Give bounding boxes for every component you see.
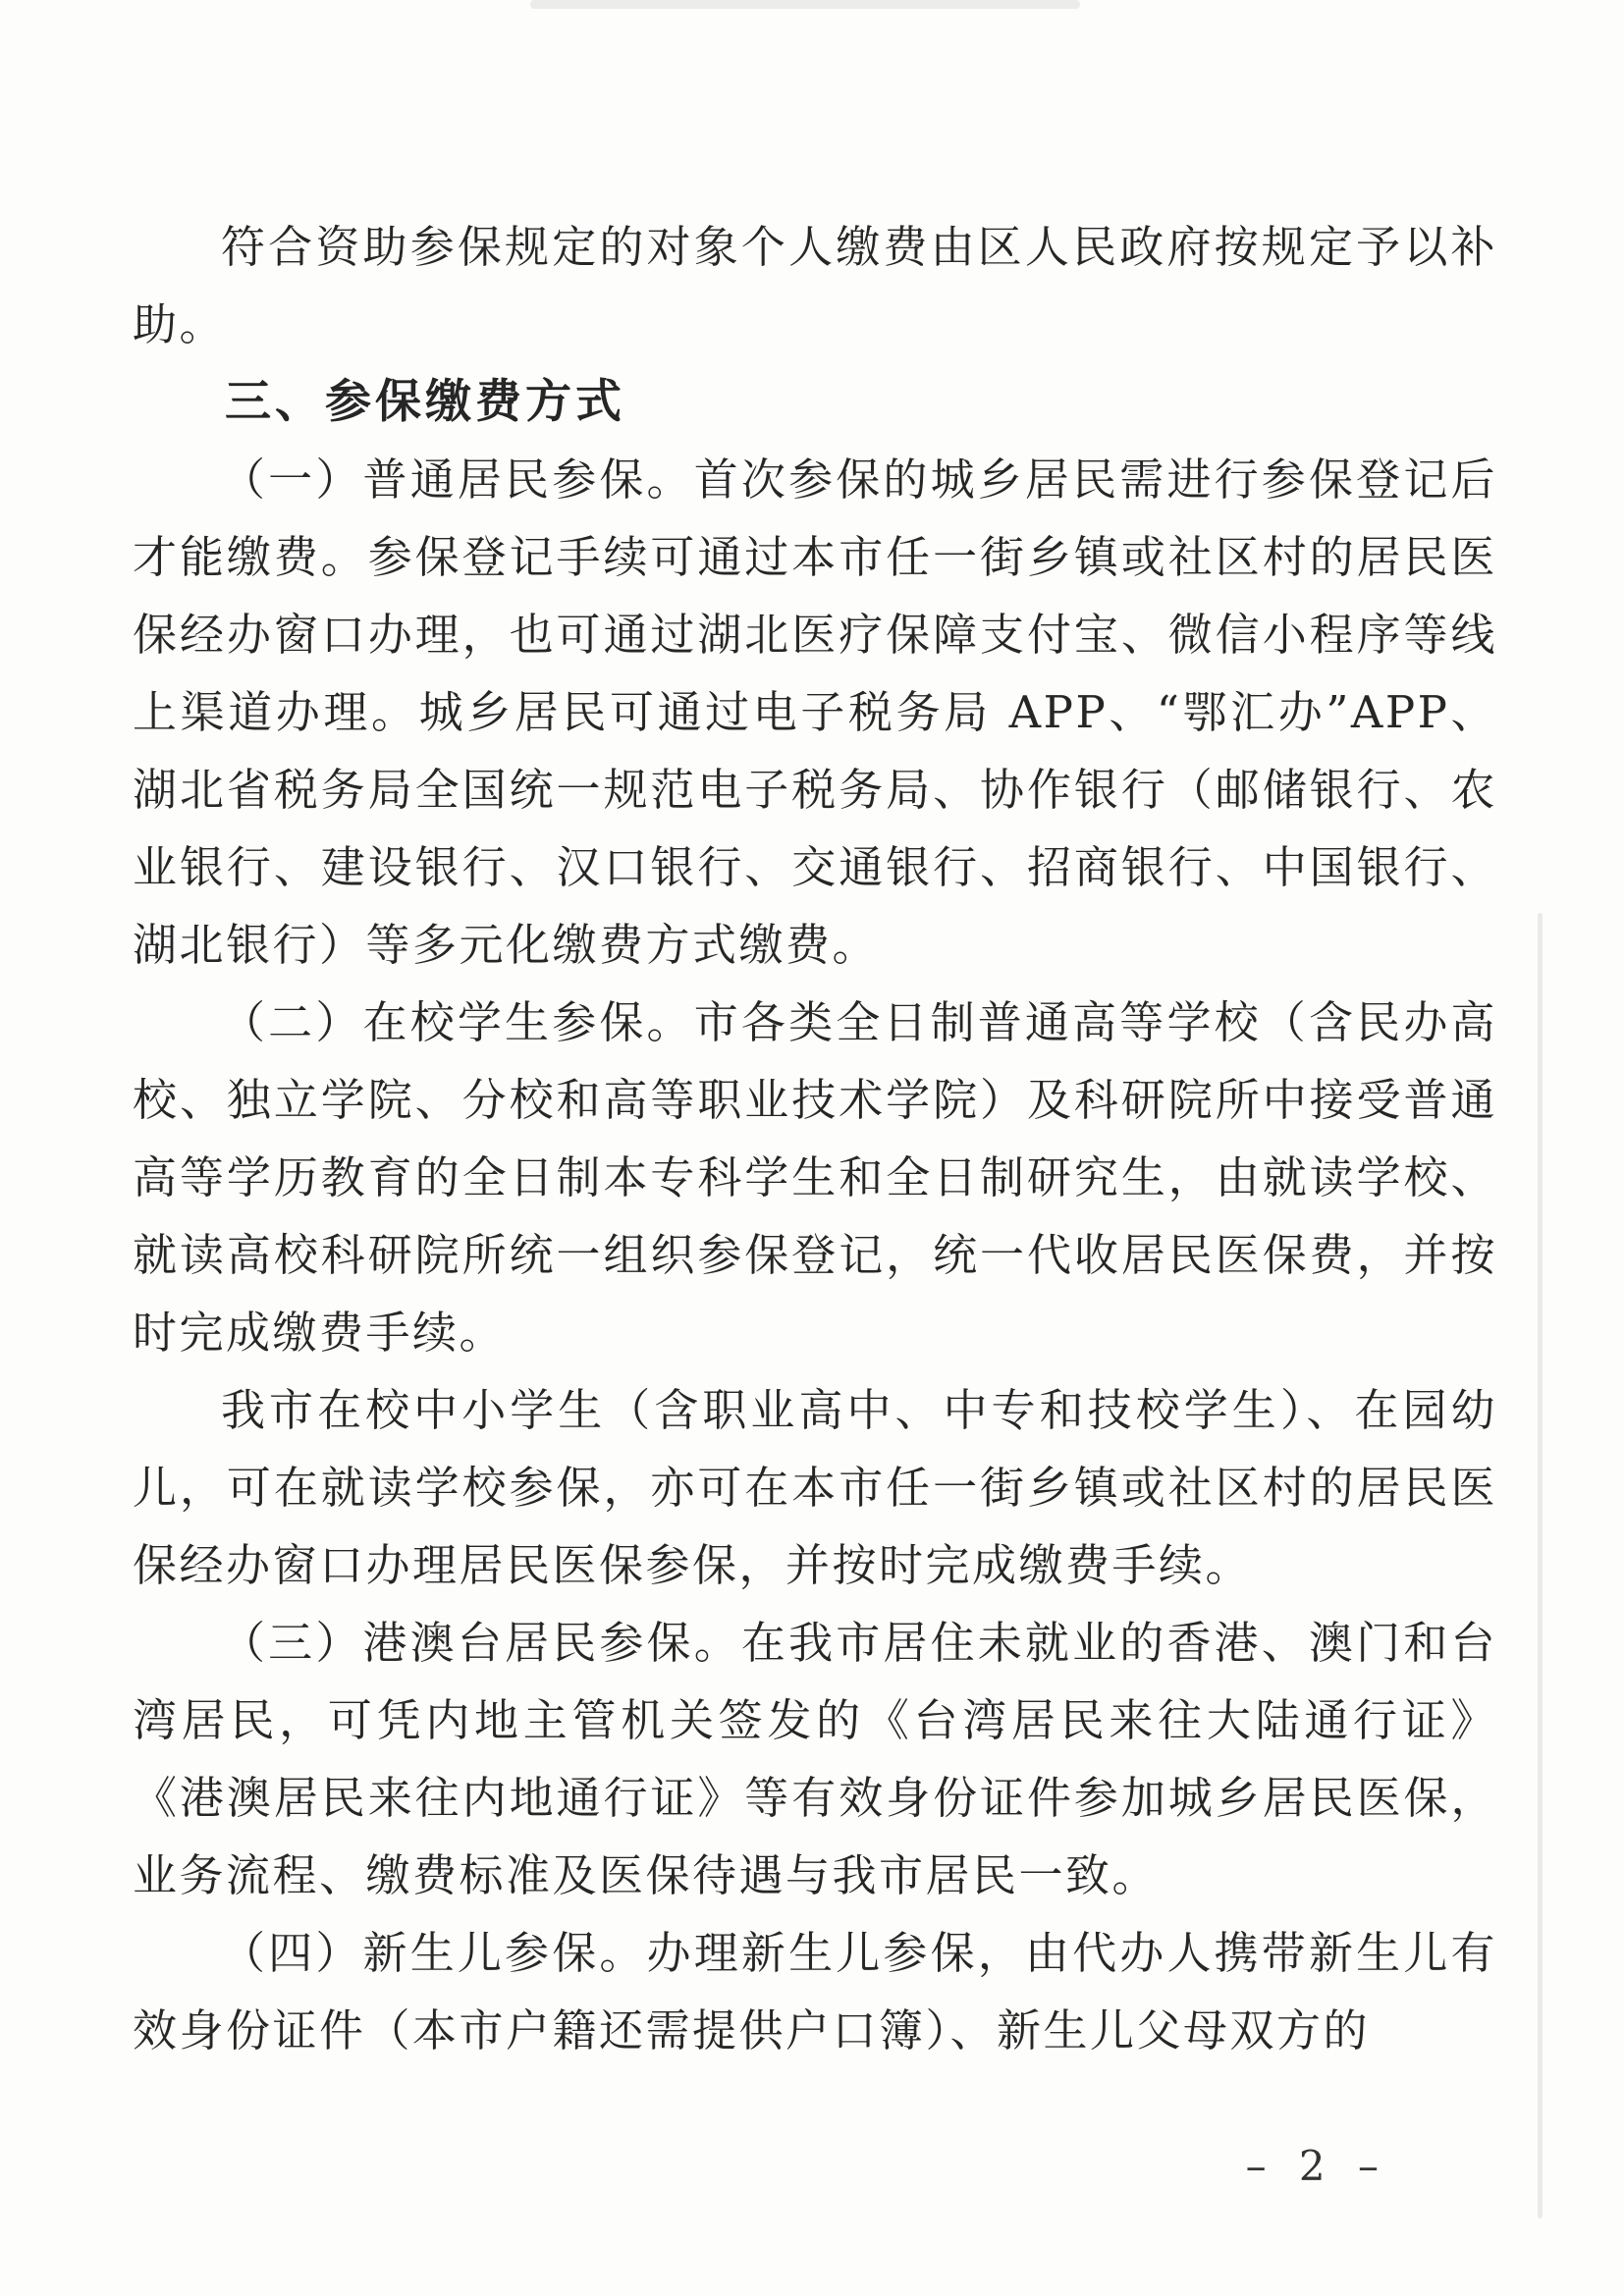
scan-artifact-top	[530, 0, 1080, 9]
paragraph-ordinary-residents: （一）普通居民参保。首次参保的城乡居民需进行参保登记后才能缴费。参保登记手续可通…	[133, 441, 1497, 984]
scan-artifact-right	[1538, 913, 1543, 2218]
section-heading-payment-methods: 三、参保缴费方式	[133, 363, 1497, 441]
paragraph-subsidy-continuation: 符合资助参保规定的对象个人缴费由区人民政府按规定予以补助。	[133, 208, 1497, 363]
paragraph-enrolled-students: （二）在校学生参保。市各类全日制普通高等学校（含民办高校、独立学院、分校和高等职…	[133, 984, 1497, 1371]
paragraph-newborns: （四）新生儿参保。办理新生儿参保，由代办人携带新生儿有效身份证件（本市户籍还需提…	[133, 1914, 1497, 2069]
page-number: – 2 –	[1246, 2142, 1388, 2190]
paragraph-primary-students-kindergarten: 我市在校中小学生（含职业高中、中专和技校学生）、在园幼儿，可在就读学校参保，亦可…	[133, 1371, 1497, 1604]
scanned-document-page: 符合资助参保规定的对象个人缴费由区人民政府按规定予以补助。 三、参保缴费方式 （…	[0, 0, 1624, 2296]
paragraph-hk-macao-taiwan-residents: （三）港澳台居民参保。在我市居住未就业的香港、澳门和台湾居民，可凭内地主管机关签…	[133, 1604, 1497, 1914]
document-body: 符合资助参保规定的对象个人缴费由区人民政府按规定予以补助。 三、参保缴费方式 （…	[133, 208, 1497, 2069]
